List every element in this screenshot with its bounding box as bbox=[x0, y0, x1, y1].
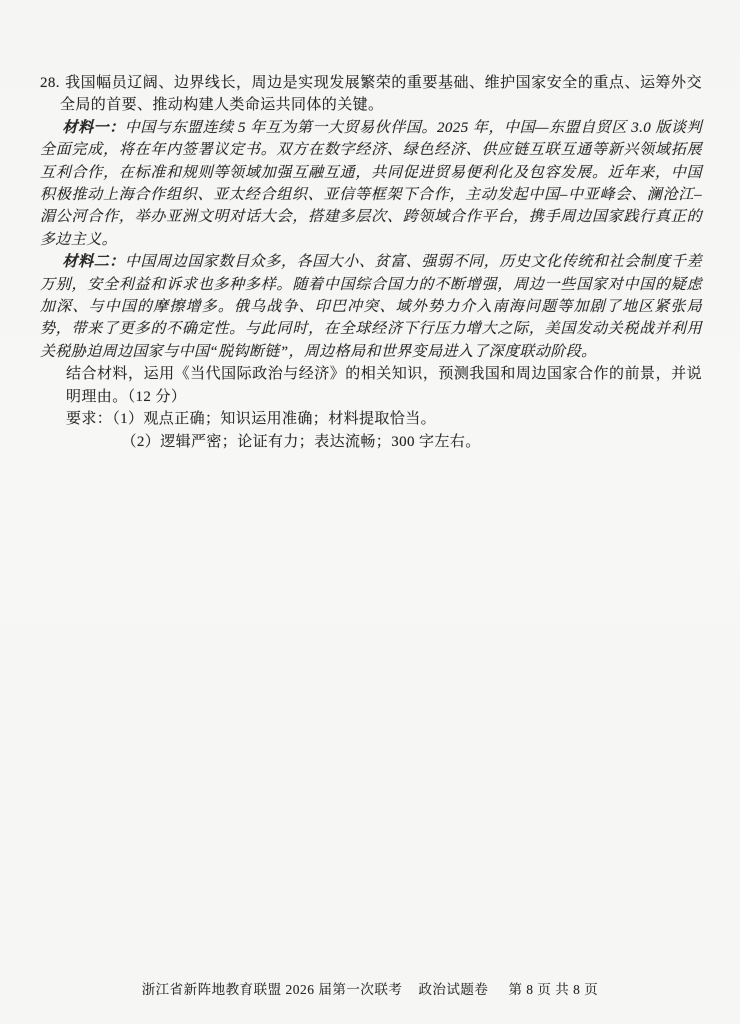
exam-page: 28.我国幅员辽阔、边界线长，周边是实现发展繁荣的重要基础、维护国家安全的重点、… bbox=[0, 0, 740, 1024]
material-1-paragraph: 材料一：中国与东盟连续 5 年互为第一大贸易伙伴国。2025 年，中国—东盟自贸… bbox=[40, 117, 702, 251]
material-1-label: 材料一： bbox=[63, 120, 125, 136]
material-2-paragraph: 材料二：中国周边国家数目众多，各国大小、贫富、强弱不同，历史文化传统和社会制度千… bbox=[40, 251, 702, 363]
requirements-block: 要求：（1）观点正确；知识运用准确；材料提取恰当。 （2）逻辑严密；论证有力；表… bbox=[66, 408, 702, 453]
material-1-text: 中国与东盟连续 5 年互为第一大贸易伙伴国。2025 年，中国—东盟自贸区 3.… bbox=[40, 120, 702, 248]
material-2-text: 中国周边国家数目众多，各国大小、贫富、强弱不同，历史文化传统和社会制度千差万别，… bbox=[40, 254, 702, 360]
question-number: 28. bbox=[40, 75, 60, 91]
requirements-label: 要求： bbox=[66, 411, 112, 427]
requirement-line-1: 要求：（1）观点正确；知识运用准确；材料提取恰当。 bbox=[66, 408, 702, 430]
task-paragraph: 结合材料，运用《当代国际政治与经济》的相关知识，预测我国和周边国家合作的前景，并… bbox=[66, 363, 702, 408]
question-stem: 我国幅员辽阔、边界线长，周边是实现发展繁荣的重要基础、维护国家安全的重点、运筹外… bbox=[60, 75, 702, 113]
requirement-item-2: （2）逻辑严密；论证有力；表达流畅；300 字左右。 bbox=[66, 431, 702, 453]
material-2-label: 材料二： bbox=[63, 254, 125, 270]
footer-paper-title: 政治试题卷 bbox=[418, 978, 488, 998]
question-paragraph: 28.我国幅员辽阔、边界线长，周边是实现发展繁荣的重要基础、维护国家安全的重点、… bbox=[40, 72, 702, 117]
requirement-item-1: （1）观点正确；知识运用准确；材料提取恰当。 bbox=[112, 411, 436, 427]
footer-league-title: 浙江省新阵地教育联盟 2026 届第一次联考 bbox=[142, 978, 403, 998]
question-28-block: 28.我国幅员辽阔、边界线长，周边是实现发展繁荣的重要基础、维护国家安全的重点、… bbox=[40, 72, 702, 453]
page-footer: 浙江省新阵地教育联盟 2026 届第一次联考 政治试题卷 第 8 页 共 8 页 bbox=[0, 978, 740, 998]
footer-page-number: 第 8 页 共 8 页 bbox=[508, 978, 598, 998]
